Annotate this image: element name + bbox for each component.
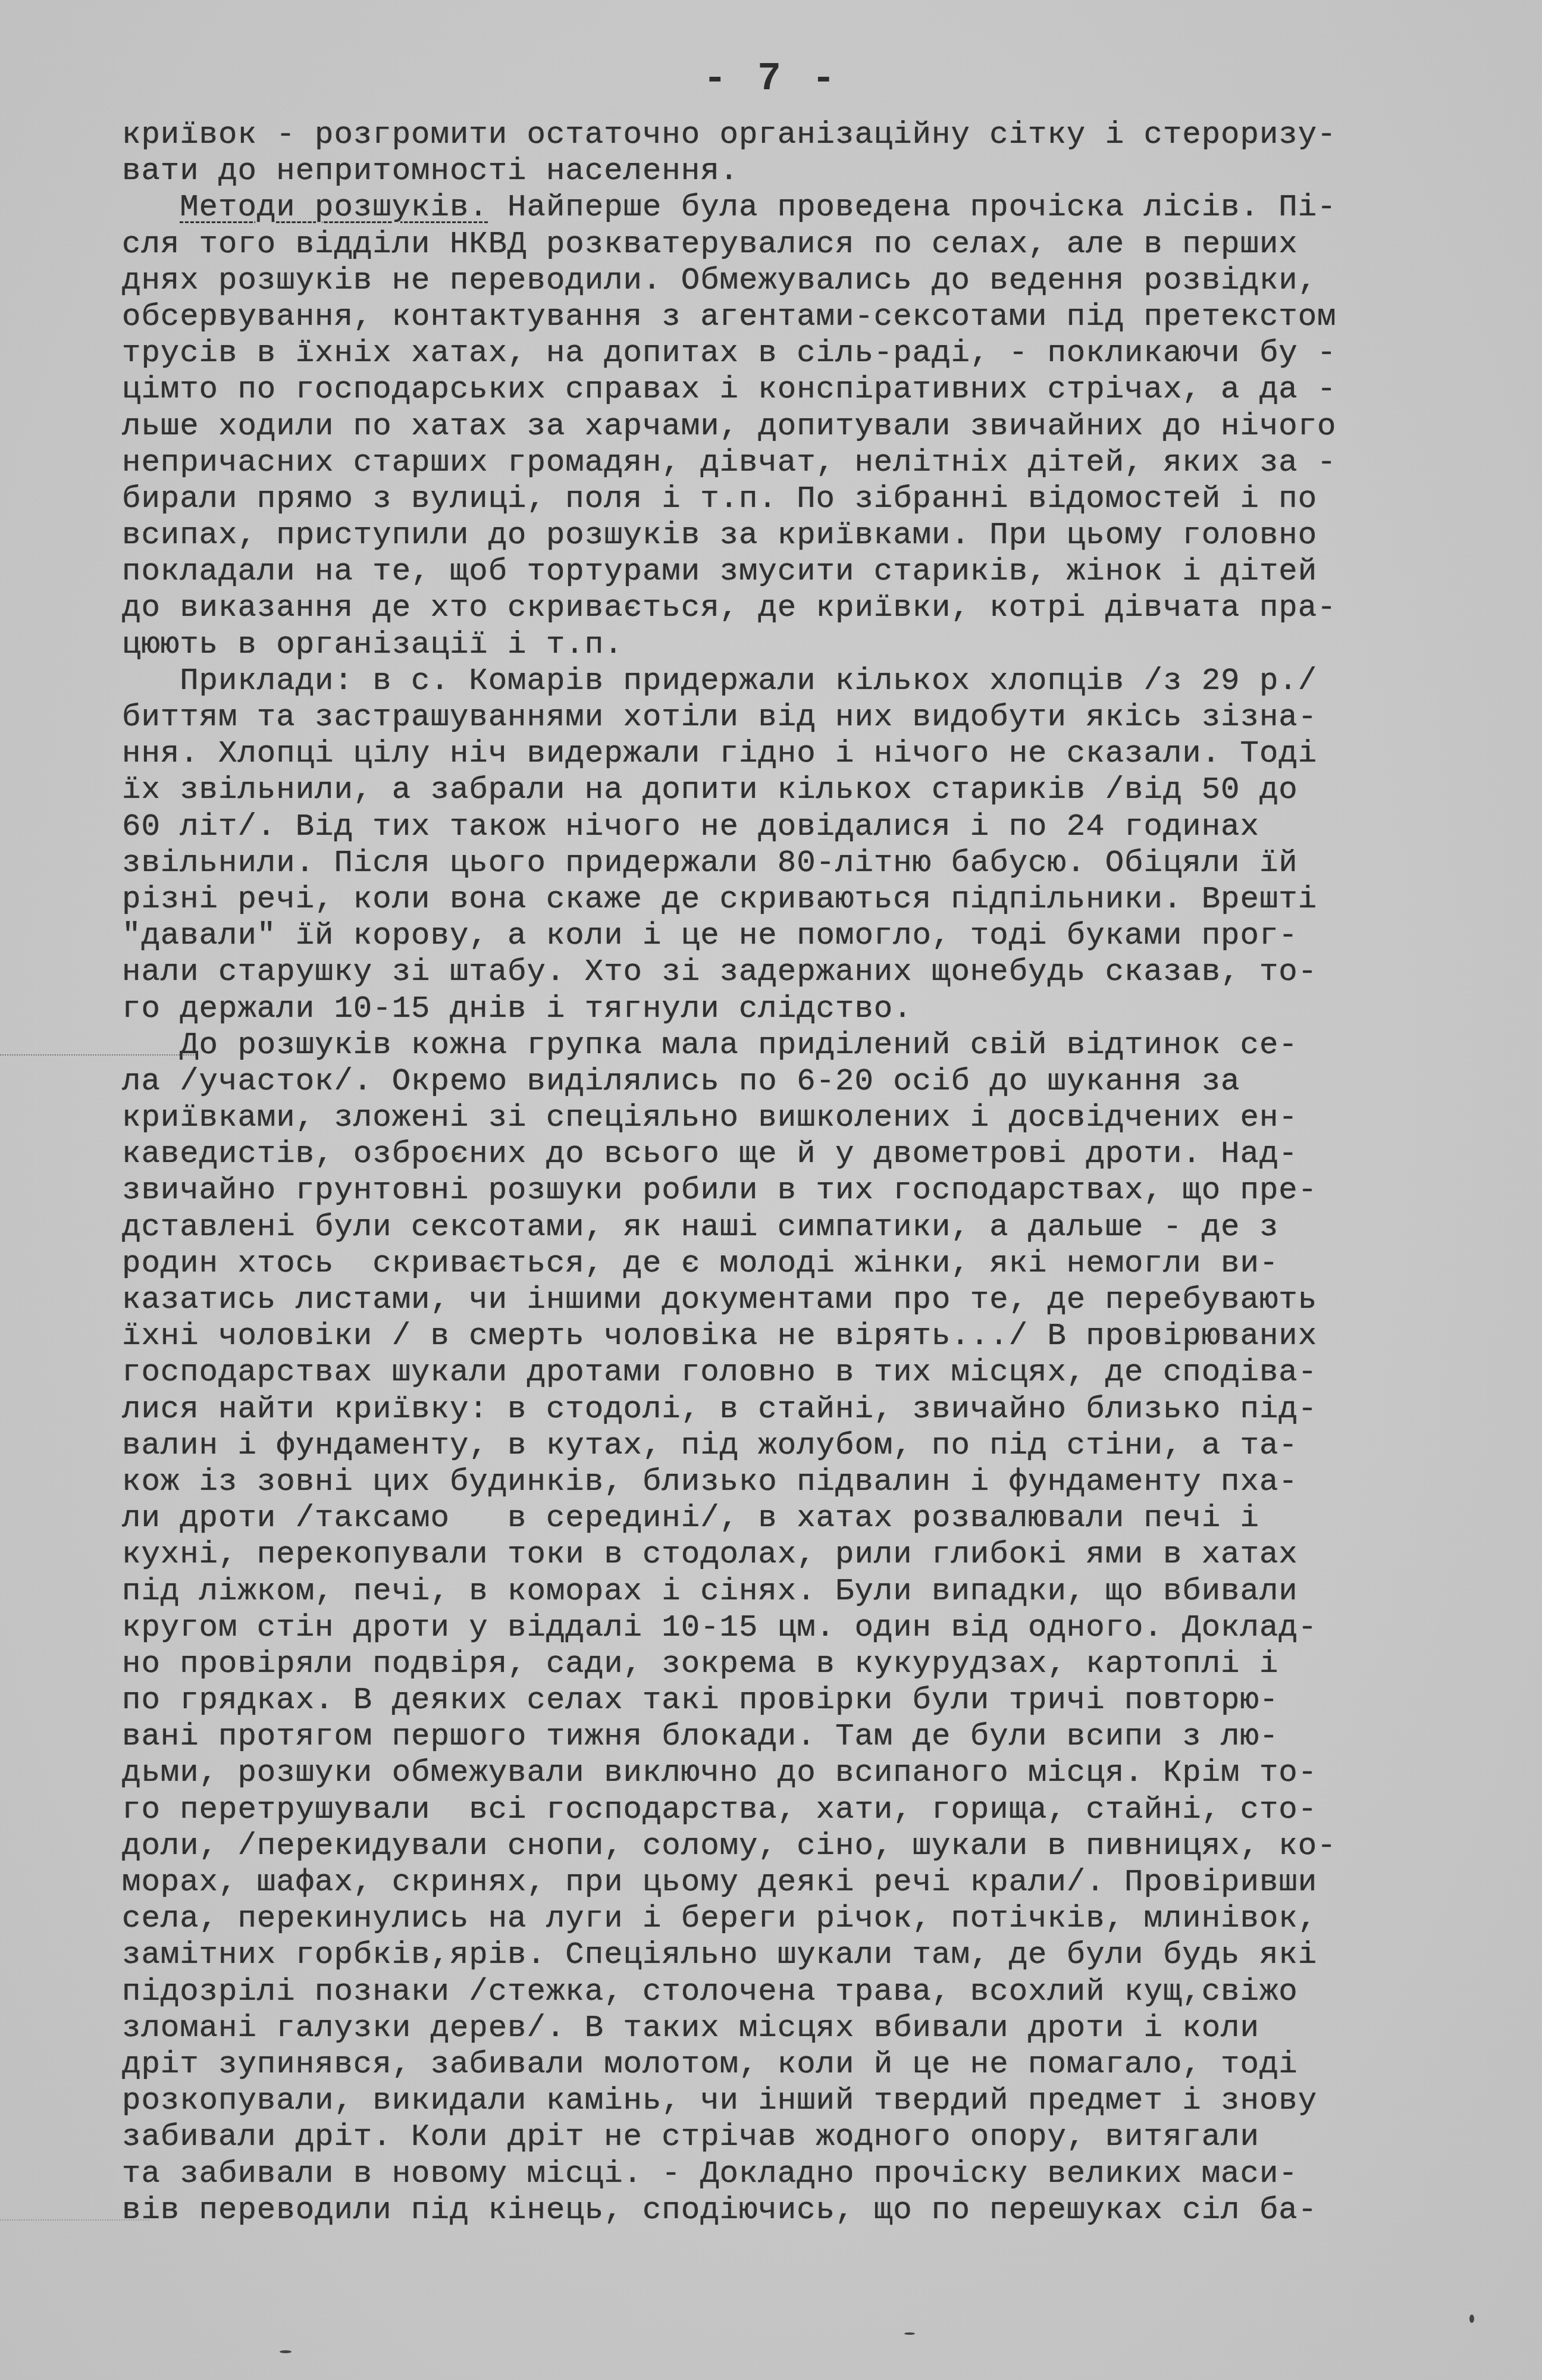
text-line: трусів в їхніх хатах, на допитах в сіль-… <box>122 335 1508 371</box>
text-line: ли дроти /таксамо в середині/, в хатах р… <box>122 1500 1508 1536</box>
text-line: та забивали в новому місці. - Докладно п… <box>122 2156 1508 2192</box>
text-line: лися найти криївку: в стодолі, в стайні,… <box>122 1391 1508 1427</box>
ink-speck <box>1469 2315 1474 2323</box>
text-line: дріт зупинявся, забивали молотом, коли й… <box>122 2046 1508 2082</box>
text-line: ла /участок/. Окремо виділялись по 6-20 … <box>122 1063 1508 1100</box>
text-line: замітних горбків,ярів. Спеціяльно шукали… <box>122 1937 1508 1973</box>
text-line: но провіряли подвіря, сади, зокрема в ку… <box>122 1646 1508 1682</box>
text-line: криївками, зложені зі спеціяльно вишколе… <box>122 1100 1508 1136</box>
text-line-rest: Найперше була проведена прочіска лісів. … <box>488 189 1337 225</box>
text-line: дставлені були сексотами, як наші симпат… <box>122 1209 1508 1245</box>
text-line: валин і фундаменту, в кутах, під жолубом… <box>122 1427 1508 1464</box>
text-line: по грядках. В деяких селах такі провірки… <box>122 1682 1508 1718</box>
text-line: цімто по господарських справах і конспір… <box>122 371 1508 408</box>
text-line: всипах, приступили до розшуків за криївк… <box>122 517 1508 553</box>
text-line: господарствах шукали дротами головно в т… <box>122 1354 1508 1391</box>
text-line: забивали дріт. Коли дріт не стрічав жодн… <box>122 2119 1508 2155</box>
text-line: родин хтось скривається, де є молоді жін… <box>122 1245 1508 1282</box>
text-line: зломані галузки дерев/. В таких місцях в… <box>122 2010 1508 2046</box>
text-line: до виказання де хто скривається, де криї… <box>122 590 1508 626</box>
text-line: непричасних старших громадян, дівчат, не… <box>122 444 1508 481</box>
text-line: Приклади: в с. Комарів придержали кілько… <box>122 663 1508 699</box>
text-line: бирали прямо з вулиці, поля і т.п. По зі… <box>122 481 1508 517</box>
ink-speck <box>904 2332 915 2335</box>
text-line: вати до непритомності населення. <box>122 153 1508 189</box>
text-line: биттям та застрашуваннями хотіли від них… <box>122 699 1508 735</box>
text-line: го перетрушували всі господарства, хати,… <box>122 1792 1508 1828</box>
ink-speck <box>280 2350 292 2353</box>
text-line: каведистів, озброєних до всього ще й у д… <box>122 1136 1508 1172</box>
text-line: їх звільнили, а забрали на допити кілько… <box>122 772 1508 808</box>
section-heading: Методи розшуків. <box>180 189 488 225</box>
text-line: днях розшуків не переводили. Обмежувалис… <box>122 262 1508 299</box>
text-line: ння. Хлопці цілу ніч видержали гідно і н… <box>122 735 1508 772</box>
text-line: покладали на те, щоб тортурами змусити с… <box>122 553 1508 590</box>
document-page: - 7 - криївок - розгромити остаточно орг… <box>0 0 1542 2380</box>
text-line: криївок - розгромити остаточно організац… <box>122 117 1508 153</box>
text-line: підозрілі познаки /стежка, столочена тра… <box>122 1974 1508 2010</box>
text-line: нали старушку зі штабу. Хто зі задержани… <box>122 954 1508 990</box>
text-line: кухні, перекопували токи в стодолах, рил… <box>122 1536 1508 1573</box>
text-line: їхні чоловіки / в смерть чоловіка не вір… <box>122 1318 1508 1354</box>
text-line: різні речі, коли вона скаже де скривають… <box>122 881 1508 917</box>
text-line: села, перекинулись на луги і береги річо… <box>122 1900 1508 1937</box>
text-line: дьми, розшуки обмежували виключно до вси… <box>122 1755 1508 1791</box>
text-line: вів переводили під кінець, сподіючись, щ… <box>122 2192 1508 2228</box>
text-line: вані протягом першого тижня блокади. Там… <box>122 1718 1508 1755</box>
text-line: кож із зовні цих будинків, близько підва… <box>122 1464 1508 1500</box>
typewritten-body: криївок - розгромити остаточно організац… <box>122 117 1508 2228</box>
page-number: - 7 - <box>0 57 1542 101</box>
text-line: До розшуків кожна групка мала приділений… <box>122 1027 1508 1063</box>
text-line: 60 літ/. Від тих також нічого не довідал… <box>122 809 1508 845</box>
text-line: звільнили. Після цього придержали 80-літ… <box>122 845 1508 881</box>
text-line: цюють в організації і т.п. <box>122 627 1508 663</box>
text-line: казатись листами, чи іншими документами … <box>122 1282 1508 1318</box>
text-line: під ліжком, печі, в коморах і сінях. Бул… <box>122 1573 1508 1609</box>
text-line: "давали" їй корову, а коли і це не помог… <box>122 917 1508 954</box>
text-line: кругом стін дроти у віддалі 10-15 цм. од… <box>122 1609 1508 1646</box>
text-line: сля того відділи НКВД розкватерувалися п… <box>122 226 1508 262</box>
text-line: морах, шафах, скринях, при цьому деякі р… <box>122 1864 1508 1900</box>
text-line: льше ходили по хатах за харчами, допитув… <box>122 408 1508 444</box>
text-line-with-heading: Методи розшуків. Найперше була проведена… <box>122 189 1508 226</box>
text-line: розкопували, викидали камінь, чи інший т… <box>122 2082 1508 2119</box>
text-line: доли, /перекидували снопи, солому, сіно,… <box>122 1828 1508 1864</box>
text-line: го держали 10-15 днів і тягнули слідство… <box>122 991 1508 1027</box>
text-line: звичайно грунтовні розшуки робили в тих … <box>122 1172 1508 1208</box>
text-line: обсервування, контактування з агентами-с… <box>122 299 1508 335</box>
